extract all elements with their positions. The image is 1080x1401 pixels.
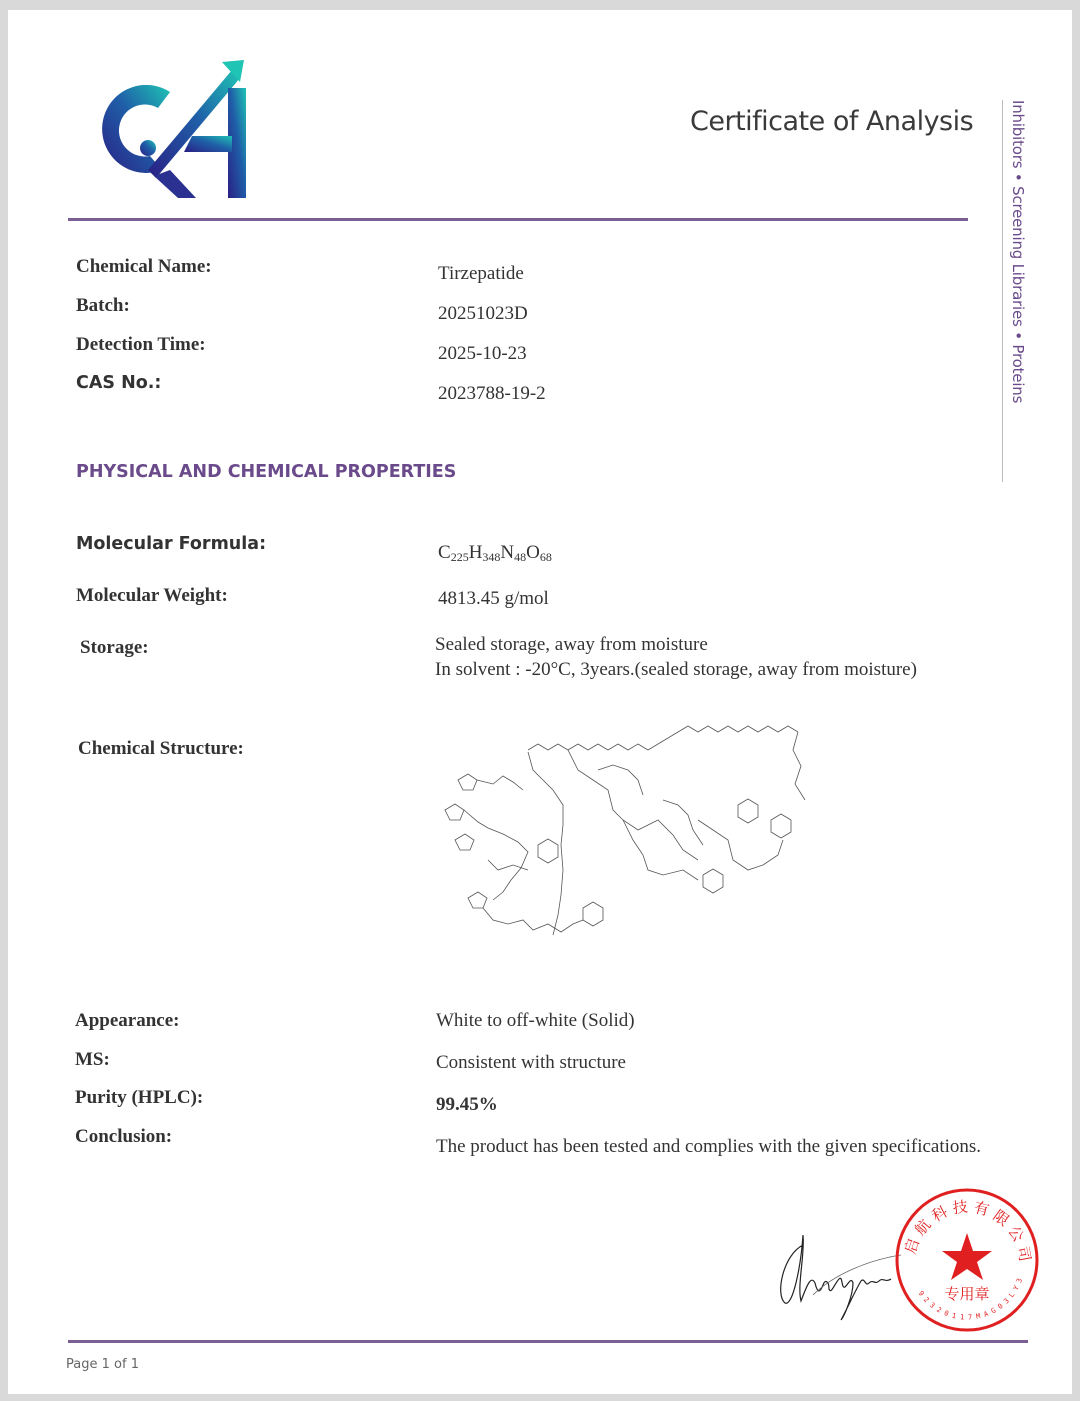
molecular-formula-label: Molecular Formula: [76, 534, 266, 554]
storage-line-1: Sealed storage, away from moisture [435, 634, 708, 656]
conclusion-value: The product has been tested and complies… [436, 1136, 981, 1158]
ms-label: MS: [75, 1049, 110, 1071]
purity-label: Purity (HPLC): [75, 1087, 203, 1109]
signature [773, 1225, 903, 1325]
storage-line-2: In solvent : -20°C, 3years.(sealed stora… [435, 659, 917, 681]
chemical-structure-label: Chemical Structure: [78, 738, 244, 760]
ms-value: Consistent with structure [436, 1052, 626, 1074]
molecular-formula-value: C225H348N48O68 [438, 542, 552, 565]
company-seal: 启 航 科 技 有 限 公 司 9 2 3 2 0 1 1 7 M A G 0 … [892, 1185, 1042, 1335]
detection-time-label: Detection Time: [76, 334, 206, 356]
chemical-name-value: Tirzepatide [438, 263, 524, 285]
conclusion-label: Conclusion: [75, 1126, 172, 1148]
side-divider [1002, 100, 1003, 482]
batch-value: 20251023D [438, 303, 528, 325]
batch-label: Batch: [76, 295, 130, 317]
page-of: of [114, 1357, 127, 1372]
cas-no-label: CAS No.: [76, 373, 161, 393]
side-tagline: Inhibitors • Screening Libraries • Prote… [1009, 100, 1027, 403]
total-pages: 1 [131, 1357, 139, 1372]
current-page: 1 [102, 1357, 110, 1372]
cas-no-value: 2023788-19-2 [438, 383, 546, 405]
appearance-value: White to off-white (Solid) [436, 1010, 635, 1032]
purity-value: 99.45% [436, 1094, 498, 1116]
page-number: Page 1 of 1 [66, 1357, 139, 1372]
certificate-page: Certificate of Analysis Inhibitors • Scr… [8, 10, 1072, 1394]
seal-center-text: 专用章 [944, 1285, 989, 1303]
molecular-weight-value: 4813.45 g/mol [438, 588, 549, 610]
molecular-weight-label: Molecular Weight: [76, 585, 228, 607]
detection-time-value: 2025-10-23 [438, 343, 527, 365]
section-title: PHYSICAL AND CHEMICAL PROPERTIES [76, 462, 456, 482]
page-label: Page [66, 1357, 97, 1372]
storage-label: Storage: [80, 637, 149, 659]
footer-divider [68, 1340, 1028, 1343]
chemical-name-label: Chemical Name: [76, 256, 212, 278]
qh-logo-icon [92, 58, 256, 208]
header-divider [68, 218, 968, 221]
document-title: Certificate of Analysis [690, 106, 973, 137]
appearance-label: Appearance: [75, 1010, 179, 1032]
chemical-structure-diagram [433, 710, 823, 965]
